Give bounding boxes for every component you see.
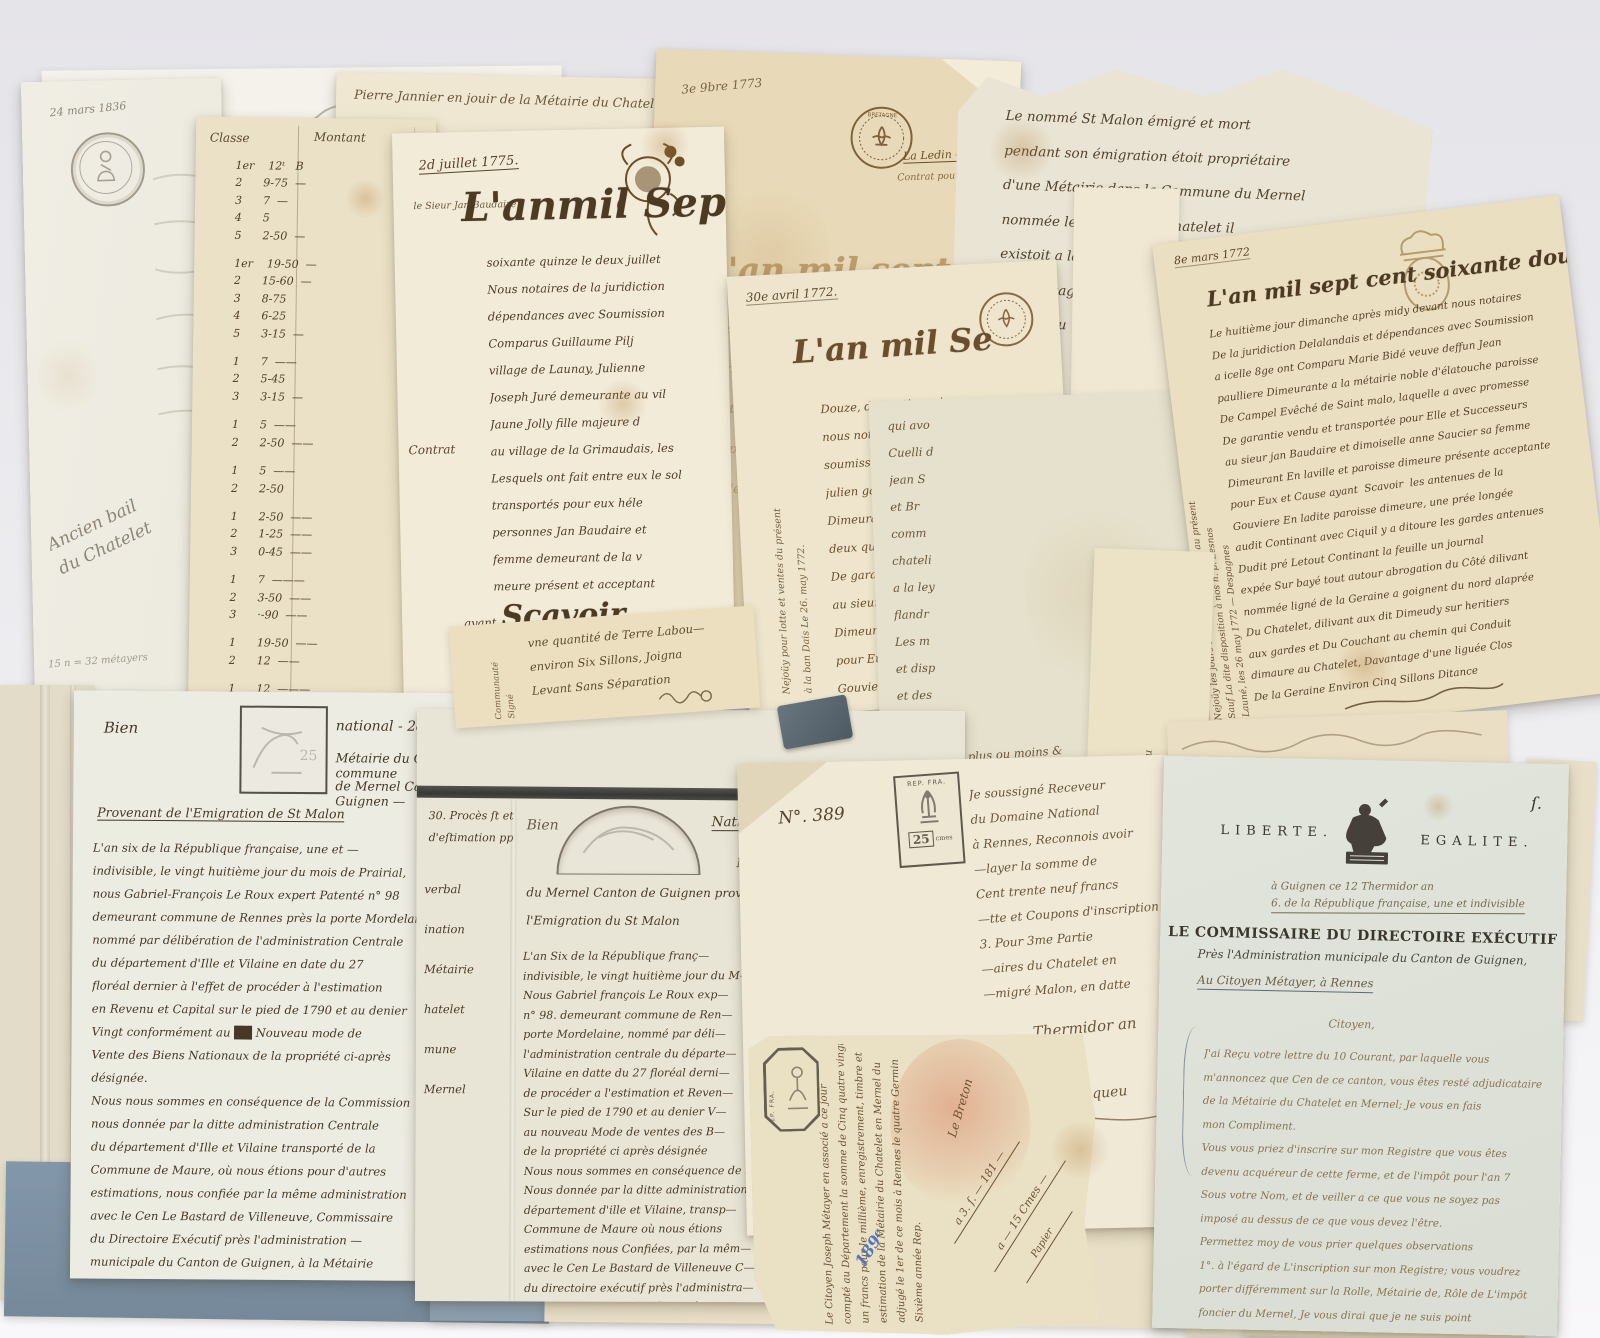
document-recu-metayer: REP. FRA. Le Citoyen Joseph Métayer en a…	[748, 1028, 1101, 1338]
text-line: d'eſtimation pp	[429, 827, 514, 849]
header-3: du Mernel Canton de Guignen proven—	[526, 885, 769, 900]
incipit-calligraphy: L'an mil Se	[791, 319, 993, 371]
slip-terre-margin: CommunautéSigné	[487, 626, 519, 720]
incipit-calligraphy: L'anmil Sep	[461, 179, 726, 232]
text-line: Mernel	[424, 1069, 474, 1109]
embossed-square-stamp-icon: 25	[239, 706, 328, 795]
document-1772-avril-date: 30e avril 1772.	[745, 284, 838, 305]
date-line: 6. de la République française, une et in…	[1271, 895, 1525, 914]
slip-terre-lines: vne quantité de Terre Labou—environ Six …	[527, 612, 752, 703]
embossed-halfmoon-stamp-icon	[556, 806, 700, 876]
liberte-label: LIBERTE.	[1220, 823, 1333, 840]
lettre-sous-titre: Près l'Administration municipale du Cant…	[1160, 946, 1565, 968]
fiscal-stamp-unit: cmes	[935, 833, 953, 842]
bareme-header-montant: Montant	[314, 130, 366, 145]
text-line: ination	[424, 909, 474, 949]
republic-emblem-icon	[1334, 795, 1401, 868]
text-line: 2 2-50	[231, 479, 426, 499]
slip-flourish	[654, 684, 715, 710]
text-line: 3 0-45 ——	[230, 543, 425, 563]
text-line: chateli	[892, 544, 1003, 575]
document-1775-body: soixante quinze le deux juilletNous nota…	[486, 245, 728, 601]
text-line: Les m	[895, 625, 1006, 656]
word-bien: Bien	[527, 817, 559, 833]
text-line: verbal	[424, 869, 474, 909]
margin-words: verbalinationMétairiehateletmuneMernel	[424, 869, 475, 1109]
date-manuscrite: à Guignen ce 12 Thermidor an 6. de la Ré…	[1271, 878, 1525, 914]
lettre-adresse: Au Citoyen Métayer, à Rennes	[1197, 973, 1373, 994]
text-line: 3 ·-90 ——	[229, 606, 424, 626]
text-line: comm	[891, 517, 1002, 548]
word-bien: Bien	[104, 719, 138, 737]
margin-note-contrat: Contrat	[408, 442, 455, 457]
text-line: flandr	[894, 598, 1005, 629]
text-line: et Br	[890, 490, 1001, 521]
document-1836-date: 24 mars 1836	[49, 99, 127, 119]
text-line: et disp	[895, 652, 1006, 683]
text-line: a la ley	[893, 571, 1004, 602]
bareme-header-classe: Classe	[210, 131, 250, 146]
fiscal-stamp-25c-icon: REP. FRA. 25 cmes	[893, 771, 966, 868]
egalite-label: EGALITE.	[1420, 833, 1534, 850]
lettre-salutation: Citoyen,	[1328, 1017, 1375, 1031]
svg-text:BRETAGNE: BRETAGNE	[867, 112, 897, 119]
ink-mark: ſ.	[1531, 794, 1542, 813]
header-4: l'Emigration du St Malon	[526, 913, 679, 928]
photo-of-manuscripts: Pierre Jannier en jouir de la Métairie d…	[0, 0, 1600, 1338]
royal-seal-icon	[70, 132, 146, 208]
document-1772-mars: 8e mars 1772 L'an mil sept cent soixante…	[1152, 195, 1600, 741]
document-1773-date: 3e 9bre 1773	[681, 76, 763, 97]
lettre-body: J'ai Reçu votre lettre du 10 Courant, pa…	[1198, 1043, 1549, 1332]
margin-vertical-note: Nejoüy pour lotte et ventes du présentà …	[761, 393, 821, 695]
text-line: meure présent et acceptant	[493, 569, 729, 601]
text-line: Métairie	[424, 949, 474, 989]
svg-text:25: 25	[300, 748, 318, 764]
header-4: Provenant de l'Emigration de St Malon	[97, 805, 345, 823]
slip-terre: CommunautéSigné vne quantité de Terre La…	[449, 605, 760, 728]
document-1772-mars-date: 8e mars 1772	[1173, 245, 1251, 268]
text-line: jean S	[889, 463, 1000, 494]
date-line: à Guignen ce 12 Thermidor an	[1271, 878, 1525, 896]
text-line: 1 7 ———	[230, 571, 425, 591]
text-line: 1 5 ——	[231, 462, 426, 482]
document-lettre-commissaire: LIBERTE. EGALITE. à Guignen ce 12 Thermi…	[1152, 756, 1569, 1336]
document-1775-date: 2d juillet 1775.	[418, 153, 519, 175]
text-line: et des	[896, 679, 1007, 710]
recu-vertical-text: Le Citoyen Joseph Métayer en associé a c…	[814, 1042, 929, 1325]
footer-note: 15 n = 32 métayers	[48, 652, 148, 670]
octagon-stamp-label: REP. FRA.	[767, 1056, 776, 1126]
lettre-titre: LE COMMISSAIRE DU DIRECTOIRE EXÉCUTIF	[1160, 924, 1565, 948]
text-line: Cuelli d	[888, 436, 999, 467]
text-line: qui avo	[887, 409, 998, 440]
fiscal-stamp-value: 25	[908, 831, 934, 849]
diagonal-note: Ancien bail du Chatelet	[43, 492, 156, 582]
text-line: mune	[424, 1029, 474, 1069]
margin-top-note: 30. Procès ſt etd'eſtimation pp	[429, 805, 514, 849]
document-1772-mars-body: Le huitième jour dimanche après midy dev…	[1208, 281, 1600, 708]
text-line: hatelet	[424, 989, 474, 1029]
text-line: 2 12 ——	[229, 652, 424, 672]
octagon-stamp-icon: REP. FRA.	[762, 1047, 820, 1132]
quittance-numero: N°. 389	[778, 804, 846, 829]
text-line: 30. Procès ſt et	[429, 805, 514, 827]
